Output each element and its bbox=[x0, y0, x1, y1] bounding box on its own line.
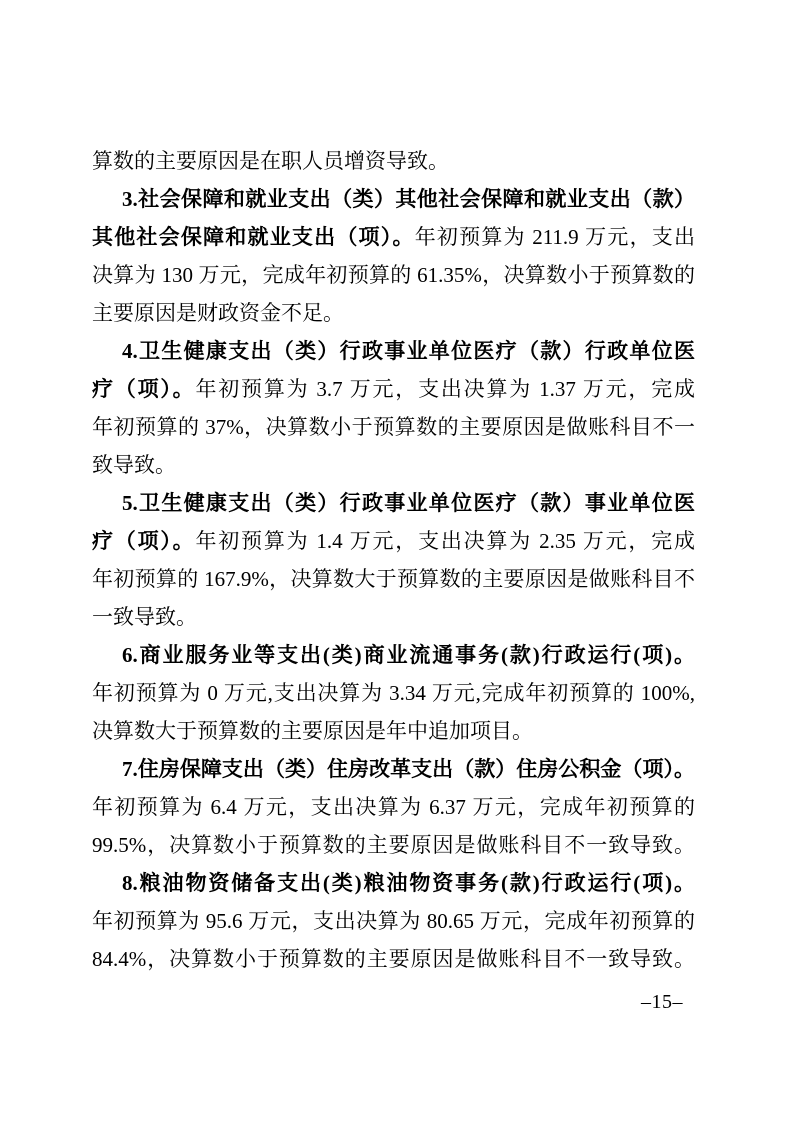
body-text: 决算数大于预算数的主要原因是年中追加项目。 bbox=[92, 719, 533, 743]
document-page: 算数的主要原因是在职人员增资导致。 3.社会保障和就业支出（类）其他社会保障和就… bbox=[0, 0, 793, 1122]
text-line: 算数的主要原因是在职人员增资导致。 bbox=[92, 142, 695, 180]
body-text: 致导致。 bbox=[92, 453, 176, 477]
text-line: 7.住房保障支出（类）住房改革支出（款）住房公积金（项）。 bbox=[92, 750, 695, 788]
heading-text: 疗（项）。 bbox=[92, 529, 195, 553]
body-text: 年初预算为 3.7 万元，支出决算为 1.37 万元，完成 bbox=[195, 377, 695, 401]
text-line: 99.5%，决算数小于预算数的主要原因是做账科目不一致导致。 bbox=[92, 826, 695, 864]
text-line: 疗（项）。年初预算为 3.7 万元，支出决算为 1.37 万元，完成 bbox=[92, 370, 695, 408]
body-text: 年初预算为 95.6 万元，支出决算为 80.65 万元，完成年初预算的 bbox=[92, 909, 695, 933]
heading-text: 6.商业服务业等支出(类)商业流通事务(款)行政运行(项)。 bbox=[122, 643, 695, 667]
text-line: 致导致。 bbox=[92, 446, 695, 484]
body-text: 主要原因是财政资金不足。 bbox=[92, 301, 344, 325]
body-text: 年初预算为 6.4 万元，支出决算为 6.37 万元，完成年初预算的 bbox=[92, 795, 695, 819]
text-line: 年初预算为 0 万元,支出决算为 3.34 万元,完成年初预算的 100%, bbox=[92, 674, 695, 712]
body-text: 99.5%，决算数小于预算数的主要原因是做账科目不一致导致。 bbox=[92, 833, 695, 857]
paragraph: 5.卫生健康支出（类）行政事业单位医疗（款）事业单位医 疗（项）。年初预算为 1… bbox=[92, 484, 695, 636]
text-line: 3.社会保障和就业支出（类）其他社会保障和就业支出（款） bbox=[92, 180, 695, 218]
heading-text: 其他社会保障和就业支出（项）。 bbox=[92, 225, 415, 249]
heading-text: 3.社会保障和就业支出（类）其他社会保障和就业支出（款） bbox=[122, 187, 695, 211]
text-line: 决算为 130 万元，完成年初预算的 61.35%，决算数小于预算数的 bbox=[92, 256, 695, 294]
body-text: 84.4%，决算数小于预算数的主要原因是做账科目不一致导致。 bbox=[92, 947, 695, 971]
body-text: 年初预算为 0 万元,支出决算为 3.34 万元,完成年初预算的 100%, bbox=[92, 681, 695, 705]
body-text: 决算为 130 万元，完成年初预算的 61.35%，决算数小于预算数的 bbox=[92, 263, 695, 287]
body-text: 年初预算为 211.9 万元，支出 bbox=[415, 225, 695, 249]
paragraph: 8.粮油物资储备支出(类)粮油物资事务(款)行政运行(项)。 年初预算为 95.… bbox=[92, 864, 695, 978]
page-number: –15– bbox=[641, 991, 683, 1014]
heading-text: 疗（项）。 bbox=[92, 377, 195, 401]
heading-text: 7.住房保障支出（类）住房改革支出（款）住房公积金（项）。 bbox=[122, 757, 695, 781]
heading-text: 8.粮油物资储备支出(类)粮油物资事务(款)行政运行(项)。 bbox=[122, 871, 695, 895]
text-line: 6.商业服务业等支出(类)商业流通事务(款)行政运行(项)。 bbox=[92, 636, 695, 674]
text-line: 疗（项）。年初预算为 1.4 万元，支出决算为 2.35 万元，完成 bbox=[92, 522, 695, 560]
text-line: 主要原因是财政资金不足。 bbox=[92, 294, 695, 332]
text-line: 84.4%，决算数小于预算数的主要原因是做账科目不一致导致。 bbox=[92, 940, 695, 978]
heading-text: 5.卫生健康支出（类）行政事业单位医疗（款）事业单位医 bbox=[122, 491, 695, 515]
page-body: 算数的主要原因是在职人员增资导致。 3.社会保障和就业支出（类）其他社会保障和就… bbox=[92, 142, 695, 978]
text-line: 年初预算为 95.6 万元，支出决算为 80.65 万元，完成年初预算的 bbox=[92, 902, 695, 940]
paragraph: 3.社会保障和就业支出（类）其他社会保障和就业支出（款） 其他社会保障和就业支出… bbox=[92, 180, 695, 332]
text-line: 一致导致。 bbox=[92, 598, 695, 636]
text-line: 年初预算的 37%，决算数小于预算数的主要原因是做账科目不一 bbox=[92, 408, 695, 446]
text-line: 4.卫生健康支出（类）行政事业单位医疗（款）行政单位医 bbox=[92, 332, 695, 370]
body-text: 年初预算的 167.9%，决算数大于预算数的主要原因是做账科目不 bbox=[92, 567, 695, 591]
body-text: 一致导致。 bbox=[92, 605, 197, 629]
body-text: 年初预算为 1.4 万元，支出决算为 2.35 万元，完成 bbox=[195, 529, 695, 553]
text-line: 年初预算的 167.9%，决算数大于预算数的主要原因是做账科目不 bbox=[92, 560, 695, 598]
text-line: 8.粮油物资储备支出(类)粮油物资事务(款)行政运行(项)。 bbox=[92, 864, 695, 902]
paragraph: 算数的主要原因是在职人员增资导致。 bbox=[92, 142, 695, 180]
heading-text: 4.卫生健康支出（类）行政事业单位医疗（款）行政单位医 bbox=[122, 339, 695, 363]
paragraph: 6.商业服务业等支出(类)商业流通事务(款)行政运行(项)。 年初预算为 0 万… bbox=[92, 636, 695, 750]
text-line: 年初预算为 6.4 万元，支出决算为 6.37 万元，完成年初预算的 bbox=[92, 788, 695, 826]
paragraph: 7.住房保障支出（类）住房改革支出（款）住房公积金（项）。 年初预算为 6.4 … bbox=[92, 750, 695, 864]
body-text: 算数的主要原因是在职人员增资导致。 bbox=[92, 149, 449, 173]
text-line: 其他社会保障和就业支出（项）。年初预算为 211.9 万元，支出 bbox=[92, 218, 695, 256]
text-line: 5.卫生健康支出（类）行政事业单位医疗（款）事业单位医 bbox=[92, 484, 695, 522]
paragraph: 4.卫生健康支出（类）行政事业单位医疗（款）行政单位医 疗（项）。年初预算为 3… bbox=[92, 332, 695, 484]
text-line: 决算数大于预算数的主要原因是年中追加项目。 bbox=[92, 712, 695, 750]
body-text: 年初预算的 37%，决算数小于预算数的主要原因是做账科目不一 bbox=[92, 415, 695, 439]
